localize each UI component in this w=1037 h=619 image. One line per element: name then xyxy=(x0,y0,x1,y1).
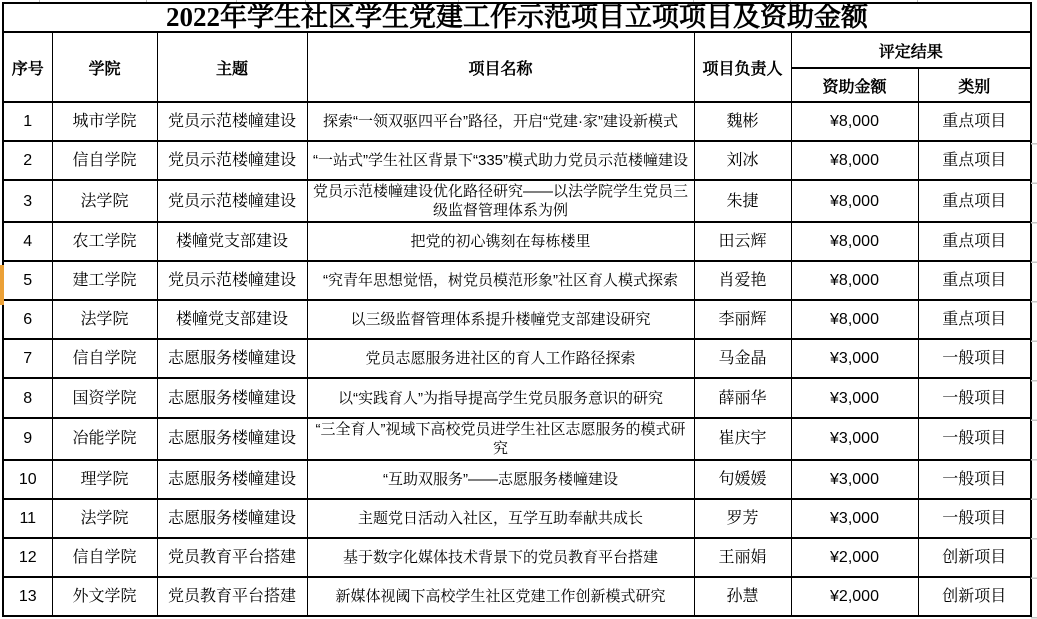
cell-leader[interactable]: 薛丽华 xyxy=(694,378,791,417)
cell-amount[interactable]: ¥3,000 xyxy=(791,339,918,378)
table-row: 5 建工学院 党员示范楼幢建设 “究青年思想觉悟，树党员模范形象”社区育人模式探… xyxy=(3,261,1031,300)
cell-theme[interactable]: 楼幢党支部建设 xyxy=(157,222,307,261)
cell-project-name[interactable]: “一站式”学生社区背景下“335”模式助力党员示范楼幢建设 xyxy=(307,141,694,180)
cell-project-name[interactable]: 把党的初心镌刻在每栋楼里 xyxy=(307,222,694,261)
cell-leader[interactable]: 朱捷 xyxy=(694,180,791,222)
col-header-result-group[interactable]: 评定结果 xyxy=(791,32,1031,68)
cell-index[interactable]: 3 xyxy=(3,180,52,222)
cell-amount[interactable]: ¥2,000 xyxy=(791,538,918,577)
cell-category[interactable]: 创新项目 xyxy=(918,538,1031,577)
cell-theme[interactable]: 党员示范楼幢建设 xyxy=(157,102,307,141)
col-header-project-name[interactable]: 项目名称 xyxy=(307,32,694,102)
cell-theme[interactable]: 党员示范楼幢建设 xyxy=(157,180,307,222)
table-row: 13 外文学院 党员教育平台搭建 新媒体视阈下高校学生社区党建工作创新模式研究 … xyxy=(3,577,1031,616)
cell-project-name[interactable]: “究青年思想觉悟，树党员模范形象”社区育人模式探索 xyxy=(307,261,694,300)
cell-theme[interactable]: 志愿服务楼幢建设 xyxy=(157,339,307,378)
cell-category[interactable]: 创新项目 xyxy=(918,577,1031,616)
cell-theme[interactable]: 志愿服务楼幢建设 xyxy=(157,460,307,499)
col-header-college[interactable]: 学院 xyxy=(52,32,157,102)
cell-index[interactable]: 6 xyxy=(3,300,52,339)
cell-college[interactable]: 外文学院 xyxy=(52,577,157,616)
col-header-leader[interactable]: 项目负责人 xyxy=(694,32,791,102)
cell-category[interactable]: 重点项目 xyxy=(918,180,1031,222)
cell-college[interactable]: 信自学院 xyxy=(52,538,157,577)
cell-theme[interactable]: 党员教育平台搭建 xyxy=(157,577,307,616)
table-row: 6 法学院 楼幢党支部建设 以三级监督管理体系提升楼幢党支部建设研究 李丽辉 ¥… xyxy=(3,300,1031,339)
table-row: 1 城市学院 党员示范楼幢建设 探索“一领双驱四平台”路径，开启“党建·家”建设… xyxy=(3,102,1031,141)
cell-index[interactable]: 4 xyxy=(3,222,52,261)
cell-college[interactable]: 法学院 xyxy=(52,180,157,222)
cell-leader[interactable]: 王丽娟 xyxy=(694,538,791,577)
col-header-index[interactable]: 序号 xyxy=(3,32,52,102)
cell-index[interactable]: 7 xyxy=(3,339,52,378)
cell-college[interactable]: 信自学院 xyxy=(52,339,157,378)
spreadsheet-view: 2022年学生社区学生党建工作示范项目立项项目及资助金额 序号 学院 主题 项目… xyxy=(0,0,1037,619)
cell-leader[interactable]: 魏彬 xyxy=(694,102,791,141)
cell-category[interactable]: 一般项目 xyxy=(918,339,1031,378)
cell-amount[interactable]: ¥3,000 xyxy=(791,460,918,499)
cell-index[interactable]: 8 xyxy=(3,378,52,417)
cell-category[interactable]: 重点项目 xyxy=(918,300,1031,339)
cell-theme[interactable]: 党员示范楼幢建设 xyxy=(157,261,307,300)
cell-project-name[interactable]: 党员志愿服务进社区的育人工作路径探索 xyxy=(307,339,694,378)
cell-theme[interactable]: 党员教育平台搭建 xyxy=(157,538,307,577)
cell-amount[interactable]: ¥8,000 xyxy=(791,180,918,222)
cell-amount[interactable]: ¥8,000 xyxy=(791,300,918,339)
cell-project-name[interactable]: 基于数字化媒体技术背景下的党员教育平台搭建 xyxy=(307,538,694,577)
cell-index[interactable]: 13 xyxy=(3,577,52,616)
right-gridline-stubs xyxy=(1031,105,1037,619)
cell-category[interactable]: 一般项目 xyxy=(918,418,1031,460)
cell-index[interactable]: 10 xyxy=(3,460,52,499)
cell-project-name[interactable]: 主题党日活动入社区，互学互助奉献共成长 xyxy=(307,499,694,538)
cell-amount[interactable]: ¥8,000 xyxy=(791,141,918,180)
cell-category[interactable]: 重点项目 xyxy=(918,102,1031,141)
projects-table: 2022年学生社区学生党建工作示范项目立项项目及资助金额 序号 学院 主题 项目… xyxy=(2,2,1032,617)
cell-leader[interactable]: 崔庆宇 xyxy=(694,418,791,460)
cell-category[interactable]: 一般项目 xyxy=(918,499,1031,538)
cell-project-name[interactable]: 以“实践育人”为指导提高学生党员服务意识的研究 xyxy=(307,378,694,417)
cell-project-name[interactable]: “互助双服务”——志愿服务楼幢建设 xyxy=(307,460,694,499)
cell-leader[interactable]: 刘冰 xyxy=(694,141,791,180)
table-row: 4 农工学院 楼幢党支部建设 把党的初心镌刻在每栋楼里 田云辉 ¥8,000 重… xyxy=(3,222,1031,261)
header-row-top: 序号 学院 主题 项目名称 项目负责人 评定结果 xyxy=(3,32,1031,68)
table-title[interactable]: 2022年学生社区学生党建工作示范项目立项项目及资助金额 xyxy=(3,3,1031,32)
table-row: 8 国资学院 志愿服务楼幢建设 以“实践育人”为指导提高学生党员服务意识的研究 … xyxy=(3,378,1031,417)
cell-college[interactable]: 国资学院 xyxy=(52,378,157,417)
cell-college[interactable]: 法学院 xyxy=(52,499,157,538)
table-row: 3 法学院 党员示范楼幢建设 党员示范楼幢建设优化路径研究——以法学院学生党员三… xyxy=(3,180,1031,222)
cell-amount[interactable]: ¥3,000 xyxy=(791,418,918,460)
cell-amount[interactable]: ¥3,000 xyxy=(791,378,918,417)
cell-leader[interactable]: 田云辉 xyxy=(694,222,791,261)
cell-college[interactable]: 建工学院 xyxy=(52,261,157,300)
cell-leader[interactable]: 句媛媛 xyxy=(694,460,791,499)
cell-project-name[interactable]: “三全育人”视域下高校党员进学生社区志愿服务的模式研究 xyxy=(307,418,694,460)
cell-leader[interactable]: 李丽辉 xyxy=(694,300,791,339)
cell-college[interactable]: 理学院 xyxy=(52,460,157,499)
col-header-amount[interactable]: 资助金额 xyxy=(791,68,918,102)
table-row: 12 信自学院 党员教育平台搭建 基于数字化媒体技术背景下的党员教育平台搭建 王… xyxy=(3,538,1031,577)
cell-leader[interactable]: 罗芳 xyxy=(694,499,791,538)
table-row: 11 法学院 志愿服务楼幢建设 主题党日活动入社区，互学互助奉献共成长 罗芳 ¥… xyxy=(3,499,1031,538)
cell-category[interactable]: 一般项目 xyxy=(918,378,1031,417)
cell-project-name[interactable]: 新媒体视阈下高校学生社区党建工作创新模式研究 xyxy=(307,577,694,616)
cell-index[interactable]: 2 xyxy=(3,141,52,180)
cell-college[interactable]: 法学院 xyxy=(52,300,157,339)
cell-college[interactable]: 农工学院 xyxy=(52,222,157,261)
cell-college[interactable]: 城市学院 xyxy=(52,102,157,141)
cell-index[interactable]: 1 xyxy=(3,102,52,141)
cell-theme[interactable]: 党员示范楼幢建设 xyxy=(157,141,307,180)
cell-project-name[interactable]: 以三级监督管理体系提升楼幢党支部建设研究 xyxy=(307,300,694,339)
table-row: 2 信自学院 党员示范楼幢建设 “一站式”学生社区背景下“335”模式助力党员示… xyxy=(3,141,1031,180)
cell-amount[interactable]: ¥8,000 xyxy=(791,222,918,261)
cell-category[interactable]: 重点项目 xyxy=(918,222,1031,261)
cell-leader[interactable]: 孙慧 xyxy=(694,577,791,616)
cell-leader[interactable]: 马金晶 xyxy=(694,339,791,378)
col-header-category[interactable]: 类别 xyxy=(918,68,1031,102)
cell-amount[interactable]: ¥8,000 xyxy=(791,102,918,141)
table-row: 9 冶能学院 志愿服务楼幢建设 “三全育人”视域下高校党员进学生社区志愿服务的模… xyxy=(3,418,1031,460)
cell-college[interactable]: 信自学院 xyxy=(52,141,157,180)
cell-category[interactable]: 重点项目 xyxy=(918,261,1031,300)
cell-project-name[interactable]: 党员示范楼幢建设优化路径研究——以法学院学生党员三级监督管理体系为例 xyxy=(307,180,694,222)
cell-index[interactable]: 11 xyxy=(3,499,52,538)
cell-index[interactable]: 9 xyxy=(3,418,52,460)
cell-college[interactable]: 冶能学院 xyxy=(52,418,157,460)
active-row-marker xyxy=(0,265,4,305)
table-row: 10 理学院 志愿服务楼幢建设 “互助双服务”——志愿服务楼幢建设 句媛媛 ¥3… xyxy=(3,460,1031,499)
cell-index[interactable]: 5 xyxy=(3,261,52,300)
cell-index[interactable]: 12 xyxy=(3,538,52,577)
cell-category[interactable]: 重点项目 xyxy=(918,141,1031,180)
table-row: 7 信自学院 志愿服务楼幢建设 党员志愿服务进社区的育人工作路径探索 马金晶 ¥… xyxy=(3,339,1031,378)
cell-amount[interactable]: ¥8,000 xyxy=(791,261,918,300)
cell-category[interactable]: 一般项目 xyxy=(918,460,1031,499)
cell-leader[interactable]: 肖爱艳 xyxy=(694,261,791,300)
cell-theme[interactable]: 志愿服务楼幢建设 xyxy=(157,378,307,417)
col-header-theme[interactable]: 主题 xyxy=(157,32,307,102)
cell-project-name[interactable]: 探索“一领双驱四平台”路径，开启“党建·家”建设新模式 xyxy=(307,102,694,141)
title-row: 2022年学生社区学生党建工作示范项目立项项目及资助金额 xyxy=(3,3,1031,32)
cell-theme[interactable]: 志愿服务楼幢建设 xyxy=(157,418,307,460)
table-body: 1 城市学院 党员示范楼幢建设 探索“一领双驱四平台”路径，开启“党建·家”建设… xyxy=(3,102,1031,616)
cell-theme[interactable]: 志愿服务楼幢建设 xyxy=(157,499,307,538)
cell-theme[interactable]: 楼幢党支部建设 xyxy=(157,300,307,339)
cell-amount[interactable]: ¥2,000 xyxy=(791,577,918,616)
cell-amount[interactable]: ¥3,000 xyxy=(791,499,918,538)
